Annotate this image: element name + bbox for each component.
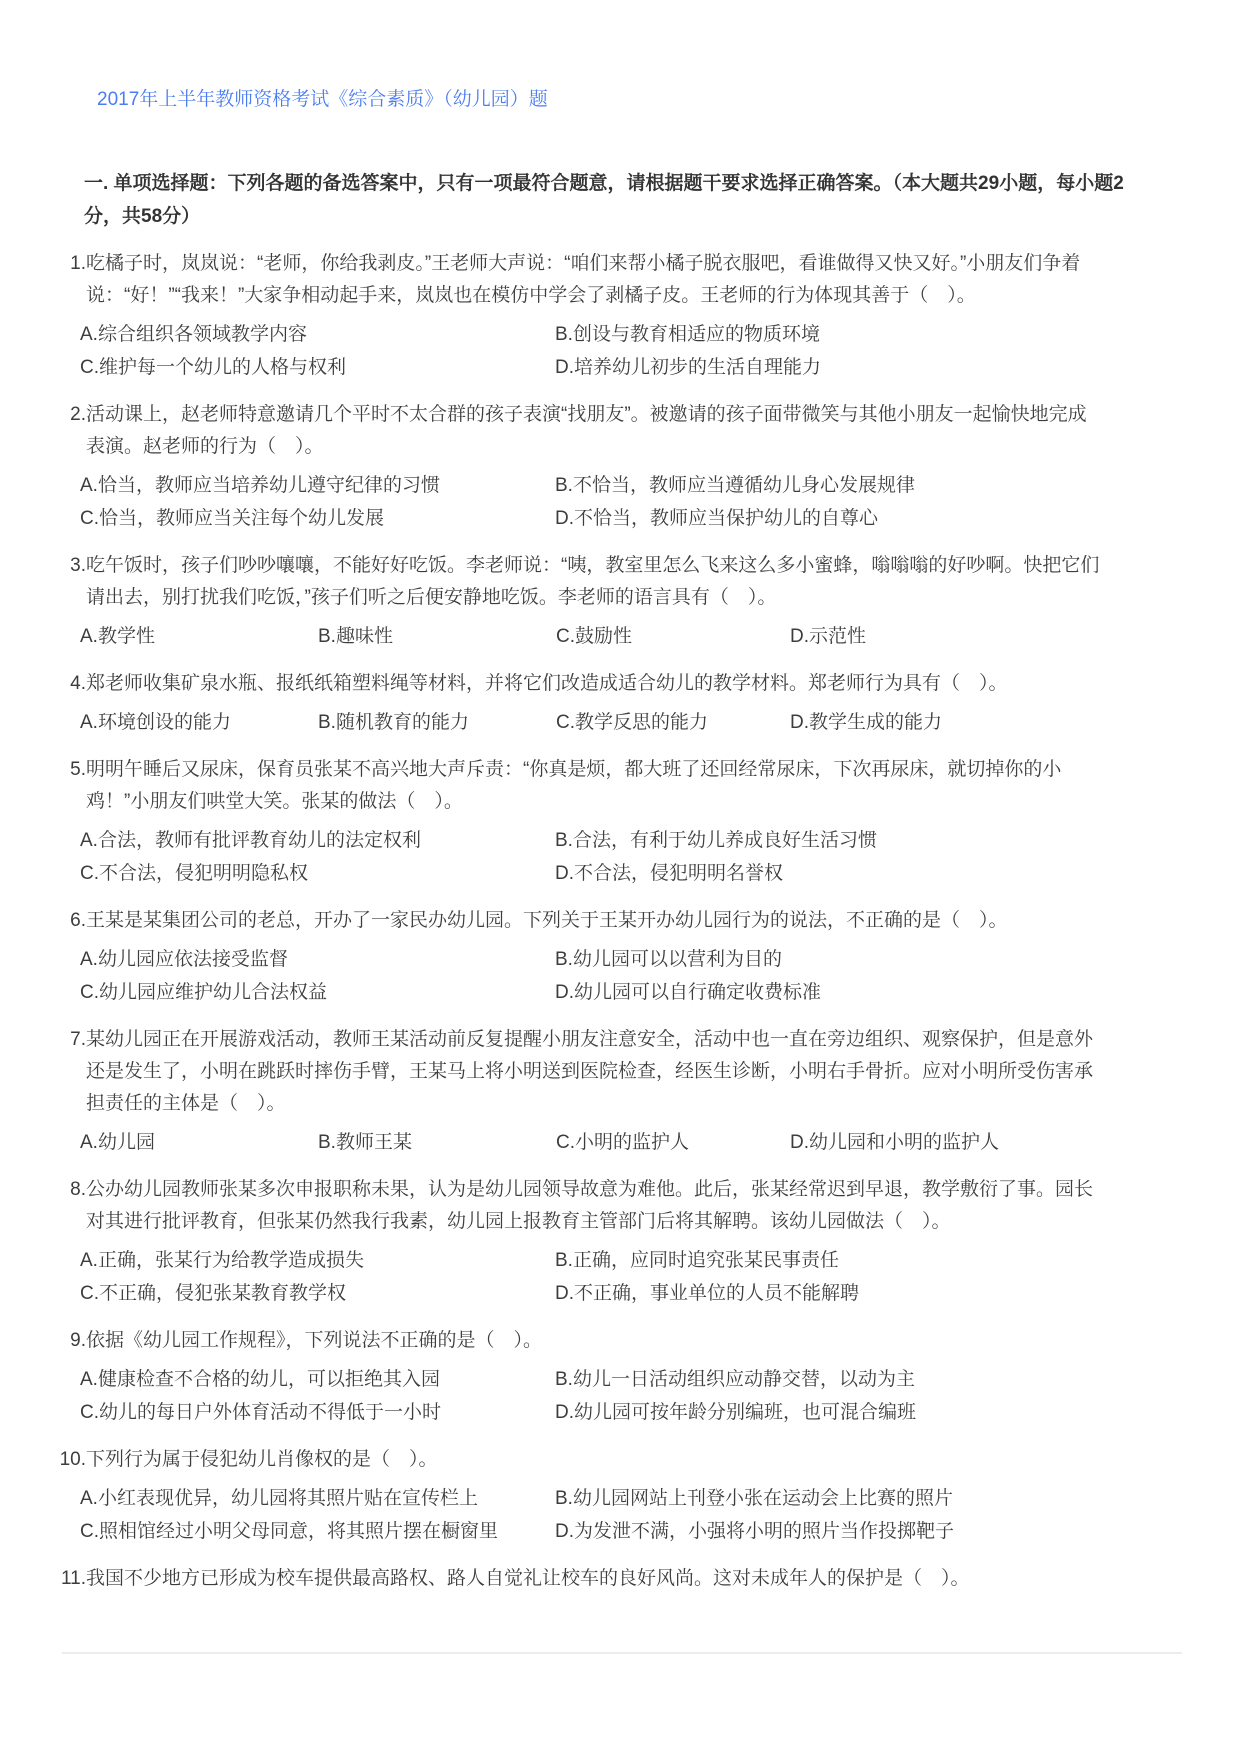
option-d: D.幼儿园和小明的监护人: [790, 1126, 1172, 1159]
question-block: 3.吃午饭时，孩子们吵吵嚷嚷，不能好好吃饭。李老师说：“咦，教室里怎么飞来这么多…: [55, 550, 1172, 653]
option-c: C.照相馆经过小明父母同意，将其照片摆在橱窗里: [80, 1515, 555, 1548]
option-a: A.环境创设的能力: [80, 706, 318, 739]
question-number: 7.: [55, 1024, 86, 1120]
question-block: 4.郑老师收集矿泉水瓶、报纸纸箱塑料绳等材料，并将它们改造成适合幼儿的教学材料。…: [55, 668, 1172, 739]
question-stem: 5.明明午睡后又尿床，保育员张某不高兴地大声斥责：“你真是烦，都大班了还回经常尿…: [55, 754, 1105, 818]
question-block: 8.公办幼儿园教师张某多次申报职称未果，认为是幼儿园领导故意为难他。此后，张某经…: [55, 1174, 1172, 1310]
question-block: 5.明明午睡后又尿床，保育员张某不高兴地大声斥责：“你真是烦，都大班了还回经常尿…: [55, 754, 1172, 890]
option-d: D.不恰当，教师应当保护幼儿的自尊心: [555, 502, 1172, 535]
option-d: D.幼儿园可以自行确定收费标准: [555, 976, 1172, 1009]
option-a: A.正确，张某行为给教学造成损失: [80, 1244, 555, 1277]
option-d: D.为发泄不满，小强将小明的照片当作投掷靶子: [555, 1515, 1172, 1548]
options-grid: A.环境创设的能力B.随机教育的能力C.教学反思的能力D.教学生成的能力: [80, 706, 1172, 739]
question-text: 某幼儿园正在开展游戏活动，教师王某活动前反复提醒小朋友注意安全，活动中也一直在旁…: [86, 1024, 1105, 1120]
question-stem: 2.活动课上，赵老师特意邀请几个平时不太合群的孩子表演“找朋友”。被邀请的孩子面…: [55, 399, 1105, 463]
question-stem: 11.我国不少地方已形成为校车提供最高路权、路人自觉礼让校车的良好风尚。这对未成…: [55, 1563, 1105, 1595]
option-b: B.幼儿一日活动组织应动静交替，以动为主: [555, 1363, 1172, 1396]
option-d: D.培养幼儿初步的生活自理能力: [555, 351, 1172, 384]
options-grid: A.幼儿园应依法接受监督B.幼儿园可以以营利为目的C.幼儿园应维护幼儿合法权益D…: [80, 943, 1172, 1009]
options-grid: A.合法，教师有批评教育幼儿的法定权利B.合法，有利于幼儿养成良好生活习惯C.不…: [80, 824, 1172, 890]
question-text: 依据《幼儿园工作规程》，下列说法不正确的是（ ）。: [86, 1325, 1105, 1357]
option-b: B.随机教育的能力: [318, 706, 556, 739]
option-c: C.鼓励性: [556, 620, 790, 653]
question-number: 11.: [55, 1563, 86, 1595]
option-c: C.幼儿的每日户外体育活动不得低于一小时: [80, 1396, 555, 1429]
question-number: 1.: [55, 248, 86, 312]
question-text: 公办幼儿园教师张某多次申报职称未果，认为是幼儿园领导故意为难他。此后，张某经常迟…: [86, 1174, 1105, 1238]
question-block: 10.下列行为属于侵犯幼儿肖像权的是（ ）。A.小红表现优异，幼儿园将其照片贴在…: [55, 1444, 1172, 1548]
option-c: C.幼儿园应维护幼儿合法权益: [80, 976, 555, 1009]
question-text: 我国不少地方已形成为校车提供最高路权、路人自觉礼让校车的良好风尚。这对未成年人的…: [86, 1563, 1105, 1595]
options-grid: A.健康检查不合格的幼儿，可以拒绝其入园B.幼儿一日活动组织应动静交替，以动为主…: [80, 1363, 1172, 1429]
option-a: A.小红表现优异，幼儿园将其照片贴在宣传栏上: [80, 1482, 555, 1515]
question-text: 郑老师收集矿泉水瓶、报纸纸箱塑料绳等材料，并将它们改造成适合幼儿的教学材料。郑老…: [86, 668, 1105, 700]
question-stem: 1.吃橘子时，岚岚说：“老师，你给我剥皮。”王老师大声说：“咱们来帮小橘子脱衣服…: [55, 248, 1105, 312]
option-b: B.合法，有利于幼儿养成良好生活习惯: [555, 824, 1172, 857]
options-grid: A.恰当，教师应当培养幼儿遵守纪律的习惯B.不恰当，教师应当遵循幼儿身心发展规律…: [80, 469, 1172, 535]
option-b: B.不恰当，教师应当遵循幼儿身心发展规律: [555, 469, 1172, 502]
options-grid: A.小红表现优异，幼儿园将其照片贴在宣传栏上B.幼儿园网站上刊登小张在运动会上比…: [80, 1482, 1172, 1548]
option-a: A.幼儿园: [80, 1126, 318, 1159]
question-stem: 6.王某是某集团公司的老总，开办了一家民办幼儿园。下列关于王某开办幼儿园行为的说…: [55, 905, 1105, 937]
option-b: B.教师王某: [318, 1126, 556, 1159]
question-text: 明明午睡后又尿床，保育员张某不高兴地大声斥责：“你真是烦，都大班了还回经常尿床，…: [86, 754, 1105, 818]
question-stem: 3.吃午饭时，孩子们吵吵嚷嚷，不能好好吃饭。李老师说：“咦，教室里怎么飞来这么多…: [55, 550, 1105, 614]
question-text: 王某是某集团公司的老总，开办了一家民办幼儿园。下列关于王某开办幼儿园行为的说法，…: [86, 905, 1105, 937]
question-stem: 7.某幼儿园正在开展游戏活动，教师王某活动前反复提醒小朋友注意安全，活动中也一直…: [55, 1024, 1105, 1120]
option-b: B.幼儿园可以以营利为目的: [555, 943, 1172, 976]
question-text: 吃午饭时，孩子们吵吵嚷嚷，不能好好吃饭。李老师说：“咦，教室里怎么飞来这么多小蜜…: [86, 550, 1105, 614]
question-block: 11.我国不少地方已形成为校车提供最高路权、路人自觉礼让校车的良好风尚。这对未成…: [55, 1563, 1172, 1595]
option-c: C.恰当，教师应当关注每个幼儿发展: [80, 502, 555, 535]
question-number: 2.: [55, 399, 86, 463]
option-b: B.幼儿园网站上刊登小张在运动会上比赛的照片: [555, 1482, 1172, 1515]
question-text: 吃橘子时，岚岚说：“老师，你给我剥皮。”王老师大声说：“咱们来帮小橘子脱衣服吧，…: [86, 248, 1105, 312]
option-c: C.教学反思的能力: [556, 706, 790, 739]
footer-divider: [62, 1652, 1182, 1654]
question-block: 7.某幼儿园正在开展游戏活动，教师王某活动前反复提醒小朋友注意安全，活动中也一直…: [55, 1024, 1172, 1159]
option-d: D.示范性: [790, 620, 1172, 653]
page-title: 2017年上半年教师资格考试《综合素质》（幼儿园）题: [97, 88, 1172, 112]
question-number: 9.: [55, 1325, 86, 1357]
option-c: C.小明的监护人: [556, 1126, 790, 1159]
question-block: 9.依据《幼儿园工作规程》，下列说法不正确的是（ ）。A.健康检查不合格的幼儿，…: [55, 1325, 1172, 1429]
option-c: C.不正确，侵犯张某教育教学权: [80, 1277, 555, 1310]
option-a: A.综合组织各领域教学内容: [80, 318, 555, 351]
question-stem: 10.下列行为属于侵犯幼儿肖像权的是（ ）。: [55, 1444, 1105, 1476]
question-number: 8.: [55, 1174, 86, 1238]
option-c: C.不合法，侵犯明明隐私权: [80, 857, 555, 890]
option-c: C.维护每一个幼儿的人格与权利: [80, 351, 555, 384]
question-number: 3.: [55, 550, 86, 614]
question-stem: 9.依据《幼儿园工作规程》，下列说法不正确的是（ ）。: [55, 1325, 1105, 1357]
option-d: D.教学生成的能力: [790, 706, 1172, 739]
question-list: 1.吃橘子时，岚岚说：“老师，你给我剥皮。”王老师大声说：“咱们来帮小橘子脱衣服…: [55, 248, 1172, 1595]
question-stem: 8.公办幼儿园教师张某多次申报职称未果，认为是幼儿园领导故意为难他。此后，张某经…: [55, 1174, 1105, 1238]
option-a: A.恰当，教师应当培养幼儿遵守纪律的习惯: [80, 469, 555, 502]
section-heading: 一. 单项选择题：下列各题的备选答案中，只有一项最符合题意，请根据题干要求选择正…: [84, 167, 1146, 233]
option-a: A.健康检查不合格的幼儿，可以拒绝其入园: [80, 1363, 555, 1396]
options-grid: A.综合组织各领域教学内容B.创设与教育相适应的物质环境C.维护每一个幼儿的人格…: [80, 318, 1172, 384]
question-number: 6.: [55, 905, 86, 937]
question-text: 活动课上，赵老师特意邀请几个平时不太合群的孩子表演“找朋友”。被邀请的孩子面带微…: [86, 399, 1105, 463]
question-block: 1.吃橘子时，岚岚说：“老师，你给我剥皮。”王老师大声说：“咱们来帮小橘子脱衣服…: [55, 248, 1172, 384]
exam-document-page: 2017年上半年教师资格考试《综合素质》（幼儿园）题 一. 单项选择题：下列各题…: [0, 0, 1240, 1754]
option-d: D.不合法，侵犯明明名誉权: [555, 857, 1172, 890]
options-grid: A.教学性B.趣味性C.鼓励性D.示范性: [80, 620, 1172, 653]
options-grid: A.幼儿园B.教师王某C.小明的监护人D.幼儿园和小明的监护人: [80, 1126, 1172, 1159]
options-grid: A.正确，张某行为给教学造成损失B.正确，应同时追究张某民事责任C.不正确，侵犯…: [80, 1244, 1172, 1310]
question-block: 2.活动课上，赵老师特意邀请几个平时不太合群的孩子表演“找朋友”。被邀请的孩子面…: [55, 399, 1172, 535]
option-d: D.不正确，事业单位的人员不能解聘: [555, 1277, 1172, 1310]
question-text: 下列行为属于侵犯幼儿肖像权的是（ ）。: [86, 1444, 1105, 1476]
option-b: B.正确，应同时追究张某民事责任: [555, 1244, 1172, 1277]
question-block: 6.王某是某集团公司的老总，开办了一家民办幼儿园。下列关于王某开办幼儿园行为的说…: [55, 905, 1172, 1009]
option-a: A.教学性: [80, 620, 318, 653]
question-stem: 4.郑老师收集矿泉水瓶、报纸纸箱塑料绳等材料，并将它们改造成适合幼儿的教学材料。…: [55, 668, 1105, 700]
option-a: A.幼儿园应依法接受监督: [80, 943, 555, 976]
question-number: 4.: [55, 668, 86, 700]
option-a: A.合法，教师有批评教育幼儿的法定权利: [80, 824, 555, 857]
question-number: 5.: [55, 754, 86, 818]
option-b: B.趣味性: [318, 620, 556, 653]
option-d: D.幼儿园可按年龄分别编班，也可混合编班: [555, 1396, 1172, 1429]
option-b: B.创设与教育相适应的物质环境: [555, 318, 1172, 351]
question-number: 10.: [55, 1444, 86, 1476]
